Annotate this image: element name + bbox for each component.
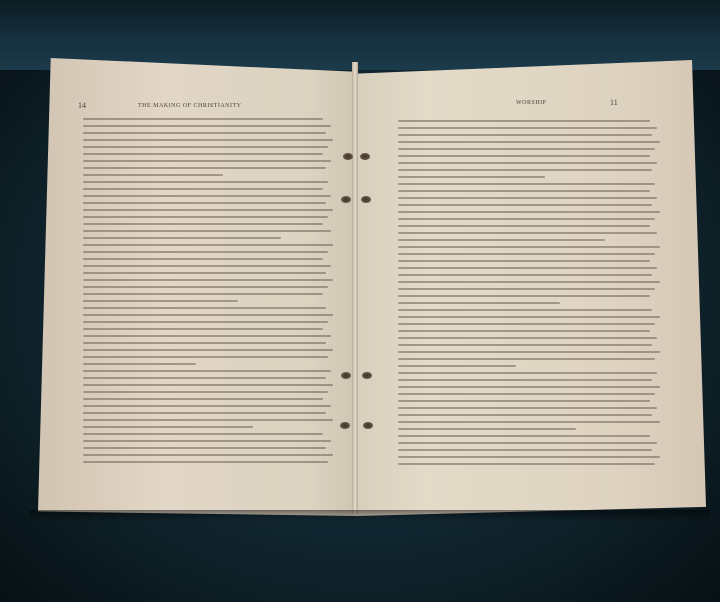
text-line bbox=[398, 218, 655, 220]
text-line bbox=[83, 237, 281, 239]
text-line bbox=[398, 316, 660, 318]
staple-hole bbox=[361, 196, 371, 203]
text-line bbox=[83, 419, 333, 421]
text-line bbox=[83, 181, 328, 183]
text-line bbox=[83, 377, 326, 379]
right-running-header: WORSHIP bbox=[516, 100, 547, 106]
text-line bbox=[83, 391, 328, 393]
text-line bbox=[398, 414, 652, 416]
text-line bbox=[83, 195, 331, 197]
text-line bbox=[83, 412, 326, 414]
text-line bbox=[398, 351, 660, 353]
text-line bbox=[398, 442, 657, 444]
text-line bbox=[83, 447, 326, 449]
text-line bbox=[83, 433, 323, 435]
text-line bbox=[83, 202, 326, 204]
text-line bbox=[83, 370, 331, 372]
text-line bbox=[83, 153, 323, 155]
text-line bbox=[398, 155, 650, 157]
text-line bbox=[83, 349, 333, 351]
text-line bbox=[398, 386, 660, 388]
text-line bbox=[398, 281, 660, 283]
open-booklet: 14 THE MAKING OF CHRISTIANITY WORSHIP 11 bbox=[0, 0, 720, 602]
staple-hole bbox=[340, 422, 350, 429]
text-line bbox=[398, 288, 655, 290]
text-line bbox=[83, 398, 323, 400]
text-line bbox=[398, 274, 652, 276]
text-line bbox=[398, 358, 655, 360]
text-line bbox=[398, 204, 652, 206]
text-line bbox=[398, 295, 650, 297]
text-line bbox=[83, 286, 328, 288]
text-line bbox=[83, 167, 326, 169]
text-line bbox=[83, 279, 333, 281]
staple-hole bbox=[360, 153, 370, 160]
text-line bbox=[398, 120, 650, 122]
text-line bbox=[83, 209, 333, 211]
text-line bbox=[83, 223, 323, 225]
left-running-header: THE MAKING OF CHRISTIANITY bbox=[138, 103, 242, 109]
right-page: WORSHIP 11 bbox=[356, 60, 706, 516]
text-line bbox=[398, 428, 576, 430]
staple-hole bbox=[363, 422, 373, 429]
text-line bbox=[83, 342, 326, 344]
text-line bbox=[398, 246, 660, 248]
right-body-text bbox=[398, 120, 660, 470]
text-line bbox=[83, 384, 333, 386]
text-line bbox=[398, 190, 650, 192]
left-page: 14 THE MAKING OF CHRISTIANITY bbox=[38, 58, 356, 516]
right-page-number: 11 bbox=[610, 98, 618, 107]
staple-hole bbox=[341, 372, 351, 379]
text-line bbox=[83, 258, 323, 260]
text-line bbox=[398, 183, 655, 185]
text-line bbox=[398, 239, 605, 241]
text-line bbox=[398, 267, 657, 269]
page-shadow bbox=[30, 510, 710, 522]
staple-hole bbox=[343, 153, 353, 160]
text-line bbox=[398, 393, 655, 395]
text-line bbox=[83, 328, 323, 330]
text-line bbox=[398, 309, 652, 311]
text-line bbox=[83, 139, 333, 141]
text-line bbox=[83, 405, 331, 407]
text-line bbox=[83, 307, 326, 309]
text-line bbox=[398, 253, 655, 255]
text-line bbox=[398, 232, 657, 234]
text-line bbox=[83, 230, 331, 232]
text-line bbox=[398, 379, 652, 381]
text-line bbox=[83, 146, 328, 148]
text-line bbox=[398, 162, 657, 164]
text-line bbox=[398, 400, 650, 402]
text-line bbox=[83, 118, 323, 120]
text-line bbox=[398, 148, 655, 150]
text-line bbox=[398, 225, 650, 227]
text-line bbox=[83, 293, 323, 295]
left-body-text bbox=[83, 118, 333, 468]
text-line bbox=[398, 176, 545, 178]
text-line bbox=[83, 265, 331, 267]
text-line bbox=[398, 127, 657, 129]
text-line bbox=[398, 260, 650, 262]
text-line bbox=[83, 244, 333, 246]
text-line bbox=[83, 160, 331, 162]
text-line bbox=[83, 251, 328, 253]
text-line bbox=[398, 337, 657, 339]
text-line bbox=[398, 197, 657, 199]
text-line bbox=[398, 134, 652, 136]
text-line bbox=[398, 344, 652, 346]
staple-hole bbox=[362, 372, 372, 379]
text-line bbox=[398, 407, 657, 409]
text-line bbox=[83, 188, 323, 190]
text-line bbox=[398, 169, 652, 171]
spine-gutter bbox=[352, 62, 358, 514]
text-line bbox=[83, 363, 196, 365]
text-line bbox=[83, 125, 331, 127]
staple-hole bbox=[341, 196, 351, 203]
text-line bbox=[398, 435, 650, 437]
text-line bbox=[83, 454, 333, 456]
text-line bbox=[83, 426, 253, 428]
text-line bbox=[83, 174, 223, 176]
left-page-number: 14 bbox=[78, 101, 86, 110]
text-line bbox=[398, 463, 655, 465]
text-line bbox=[83, 440, 331, 442]
text-line bbox=[398, 456, 660, 458]
text-line bbox=[83, 335, 331, 337]
text-line bbox=[398, 421, 660, 423]
text-line bbox=[398, 323, 655, 325]
text-line bbox=[398, 330, 650, 332]
text-line bbox=[398, 365, 516, 367]
text-line bbox=[398, 449, 652, 451]
text-line bbox=[83, 461, 328, 463]
text-line bbox=[398, 141, 660, 143]
text-line bbox=[398, 211, 660, 213]
text-line bbox=[83, 272, 326, 274]
text-line bbox=[398, 372, 657, 374]
text-line bbox=[83, 300, 238, 302]
text-line bbox=[83, 216, 328, 218]
text-line bbox=[83, 356, 328, 358]
text-line bbox=[83, 314, 333, 316]
text-line bbox=[83, 132, 326, 134]
text-line bbox=[398, 302, 560, 304]
text-line bbox=[83, 321, 328, 323]
